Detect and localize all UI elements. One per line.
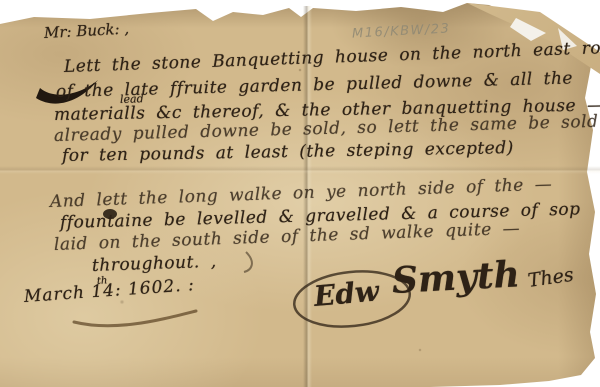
horizontal-fold-crease <box>0 166 600 174</box>
signature-forename: Edw <box>313 274 381 313</box>
scanned-manuscript: M16/KBW/23 Mr: Buck: , Lett the stone Ba… <box>0 0 600 387</box>
signature-surname: Smyth <box>391 253 521 302</box>
